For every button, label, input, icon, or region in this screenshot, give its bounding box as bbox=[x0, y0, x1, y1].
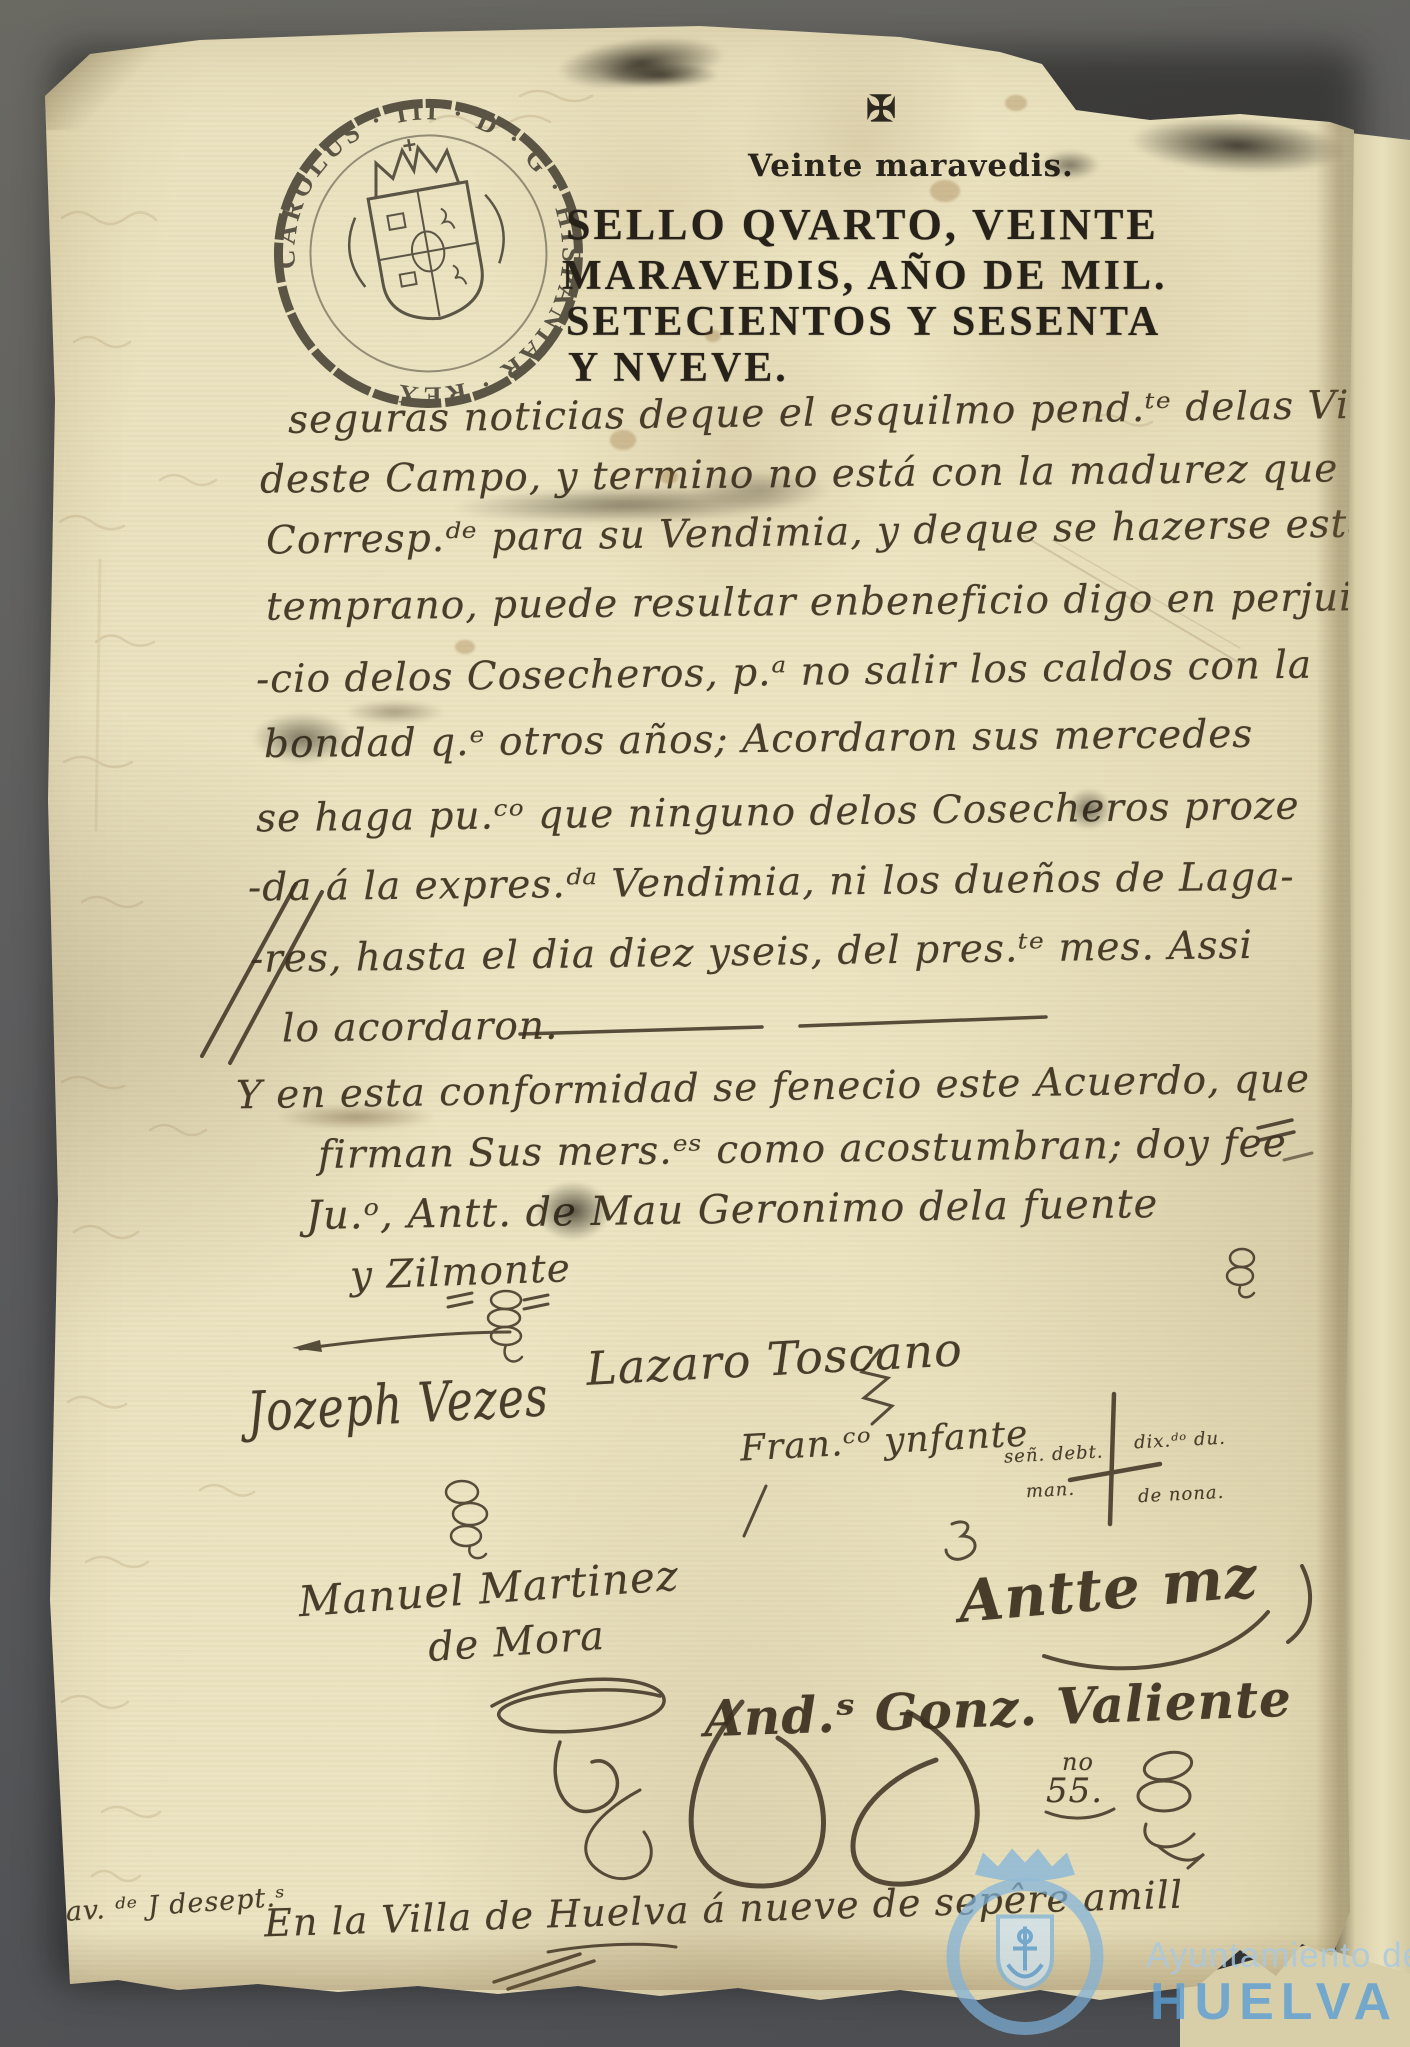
manuscript-page: CAROLUS · III · D · G · HISPANIAR · REX bbox=[0, 0, 1410, 2047]
stain-spot bbox=[1005, 95, 1027, 111]
red-margin-mark bbox=[32, 1090, 38, 1142]
stain-spot bbox=[705, 330, 721, 342]
toscano-rubric bbox=[862, 1350, 892, 1424]
line-filler-dash bbox=[520, 1027, 762, 1034]
witness-cross-mark bbox=[1110, 1394, 1114, 1524]
doy-fee-equals bbox=[1258, 1120, 1292, 1128]
valiente-flourish bbox=[691, 1702, 823, 1886]
martinez-rubric bbox=[492, 1679, 664, 1732]
fuente-rubric bbox=[1230, 1249, 1254, 1267]
huelva-underline bbox=[548, 1944, 676, 1952]
spear-flourish bbox=[300, 1332, 510, 1349]
antte-swash bbox=[1044, 1612, 1268, 1668]
stain-spot bbox=[610, 430, 636, 450]
photo-background: CAROLUS · III · D · G · HISPANIAR · REX bbox=[0, 0, 1410, 2047]
pen-flourishes bbox=[0, 0, 1410, 2047]
stain-spot bbox=[660, 470, 678, 484]
vezes-knot bbox=[446, 1481, 478, 1503]
stain-spot bbox=[930, 180, 960, 202]
stain-spot bbox=[455, 640, 475, 654]
